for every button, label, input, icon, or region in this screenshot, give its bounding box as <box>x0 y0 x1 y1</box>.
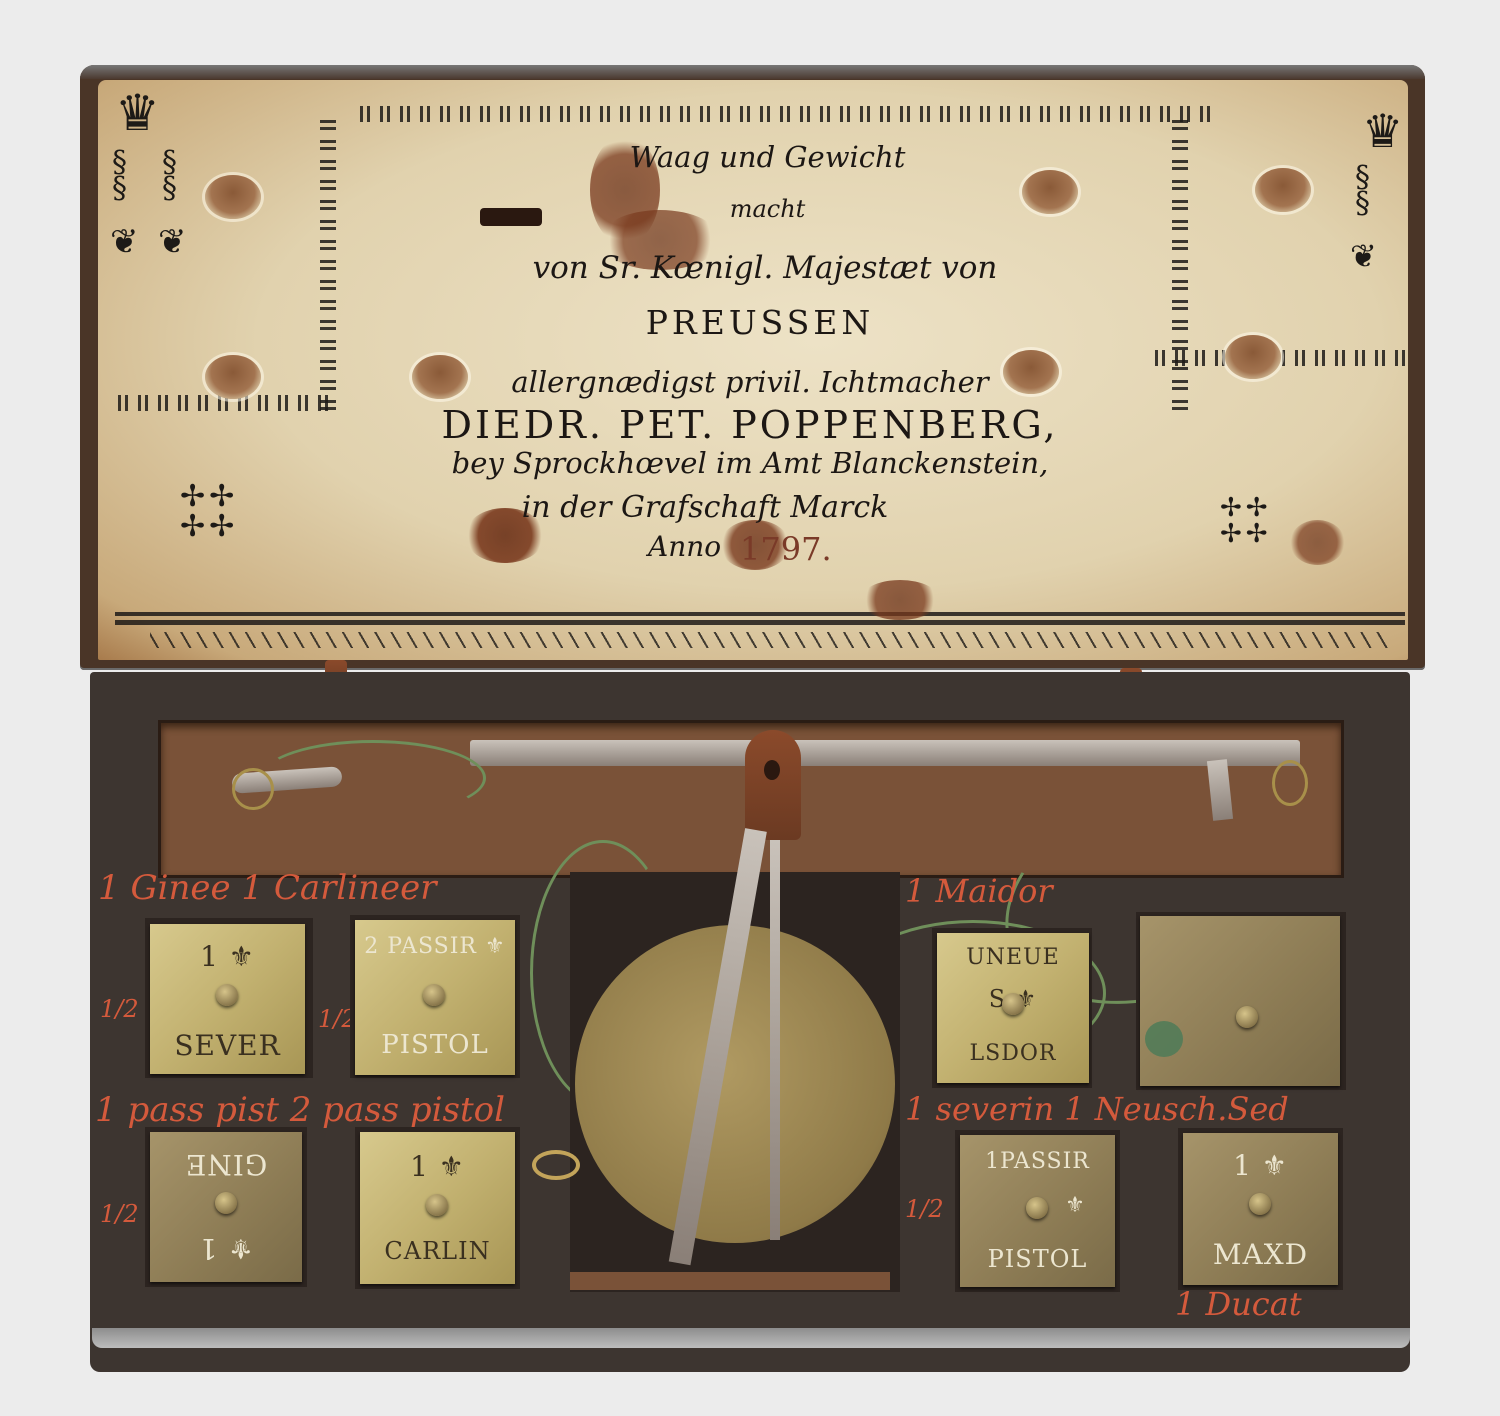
fraction-label: 1/2 <box>905 1195 944 1223</box>
brass-ring <box>532 1150 580 1180</box>
coin-weight-maxd[interactable]: 1 ⚜ MAXD <box>1183 1133 1338 1285</box>
weight-knob <box>1249 1193 1271 1215</box>
weight-bottom-stamp: SEVER <box>150 1029 305 1062</box>
painted-label-bottom-right: 1 Ducat <box>1175 1285 1302 1323</box>
ornamental-border-top <box>360 106 1210 122</box>
weight-top-stamp: UNEUE <box>937 945 1089 970</box>
coin-weight-1-passir-pistol[interactable]: 1PASSIR ⚜ PISTOL <box>960 1135 1115 1287</box>
weight-top-stamp: GINE <box>150 1148 302 1181</box>
verdigris-spot <box>1145 1021 1183 1057</box>
pivot-fork <box>745 730 801 840</box>
weight-knob <box>1002 993 1024 1015</box>
label-line-9-prefix: Anno <box>648 530 721 563</box>
balance-beam <box>470 740 1300 766</box>
crown-icon-left: ♛ <box>115 88 160 138</box>
weight-top-stamp: 1PASSIR <box>960 1149 1115 1174</box>
coin-weight-gine[interactable]: GINE ⚜ 1 <box>150 1132 302 1282</box>
painted-label-middle-left: 1 pass pist 2 pass pistol <box>95 1090 505 1130</box>
lid-rim <box>80 65 1425 79</box>
painted-label-top-left: 1 Ginee 1 Carlineer <box>98 868 437 908</box>
coin-weight-carlin[interactable]: 1 ⚜ CARLIN <box>360 1132 515 1284</box>
label-line-4: PREUSSEN <box>0 303 1500 342</box>
label-line-6: DIEDR. PET. POPPENBERG, <box>0 403 1500 447</box>
braid-border <box>150 632 1390 648</box>
label-line-1: Waag und Gewicht <box>0 140 1500 174</box>
weight-top-stamp: 2 PASSIR ⚜ <box>355 934 515 959</box>
weight-knob <box>216 984 238 1006</box>
weight-bottom-stamp: PISTOL <box>960 1245 1115 1273</box>
weight-knob <box>215 1192 237 1214</box>
label-line-5: allergnædigst privil. Ichtmacher <box>0 365 1500 399</box>
painted-label-middle-right: 1 severin 1 Neusch.Sed <box>905 1090 1289 1128</box>
fraction-label: 1/2 <box>100 1200 139 1228</box>
base-edge <box>92 1328 1410 1348</box>
weight-knob <box>1236 1006 1258 1028</box>
weight-top-stamp: 1 ⚜ <box>360 1150 515 1183</box>
weight-bottom-stamp: MAXD <box>1183 1238 1338 1271</box>
fraction-label: 1/2 <box>100 995 139 1023</box>
rule-line-2 <box>115 620 1405 625</box>
weight-bottom-stamp: CARLIN <box>360 1237 515 1265</box>
weight-top-stamp: 1 ⚜ <box>150 940 305 973</box>
weight-bottom-stamp: ⚜ 1 <box>150 1232 302 1265</box>
weight-top-stamp: 1 ⚜ <box>1183 1149 1338 1182</box>
coin-weight-neue-sdor[interactable]: UNEUE S ⚜ LSDOR <box>937 933 1089 1083</box>
pivot-eye <box>764 760 780 780</box>
ring-right <box>1272 760 1308 806</box>
rule-line-1 <box>115 612 1405 616</box>
coin-weight-blank[interactable] <box>1140 916 1340 1086</box>
label-line-8: in der Grafschaft Marck <box>0 490 1410 525</box>
stain <box>1290 520 1345 565</box>
painted-label-top-right: 1 Maidor <box>905 872 1053 910</box>
label-line-2: macht <box>0 195 1500 223</box>
lower-slot <box>570 1272 890 1290</box>
label-year: 1797. <box>740 530 832 568</box>
coin-weight-sever[interactable]: 1 ⚜ SEVER <box>150 924 305 1074</box>
stain <box>860 580 940 620</box>
weight-knob <box>426 1194 448 1216</box>
cord-left <box>260 740 486 816</box>
pointer-rod <box>770 840 780 1240</box>
weight-knob <box>1026 1197 1048 1219</box>
weight-bottom-stamp: LSDOR <box>937 1041 1089 1066</box>
label-line-3: von Sr. Kœnigl. Majestæt von <box>0 250 1500 286</box>
weight-bottom-stamp: PISTOL <box>355 1030 515 1060</box>
weight-middle-stamp: ⚜ <box>998 1193 1153 1218</box>
coin-weight-2-passir-pistol[interactable]: 2 PASSIR ⚜ PISTOL <box>355 920 515 1075</box>
label-line-7: bey Sprockhœvel im Amt Blanckenstein, <box>0 446 1500 480</box>
weight-knob <box>423 984 445 1006</box>
